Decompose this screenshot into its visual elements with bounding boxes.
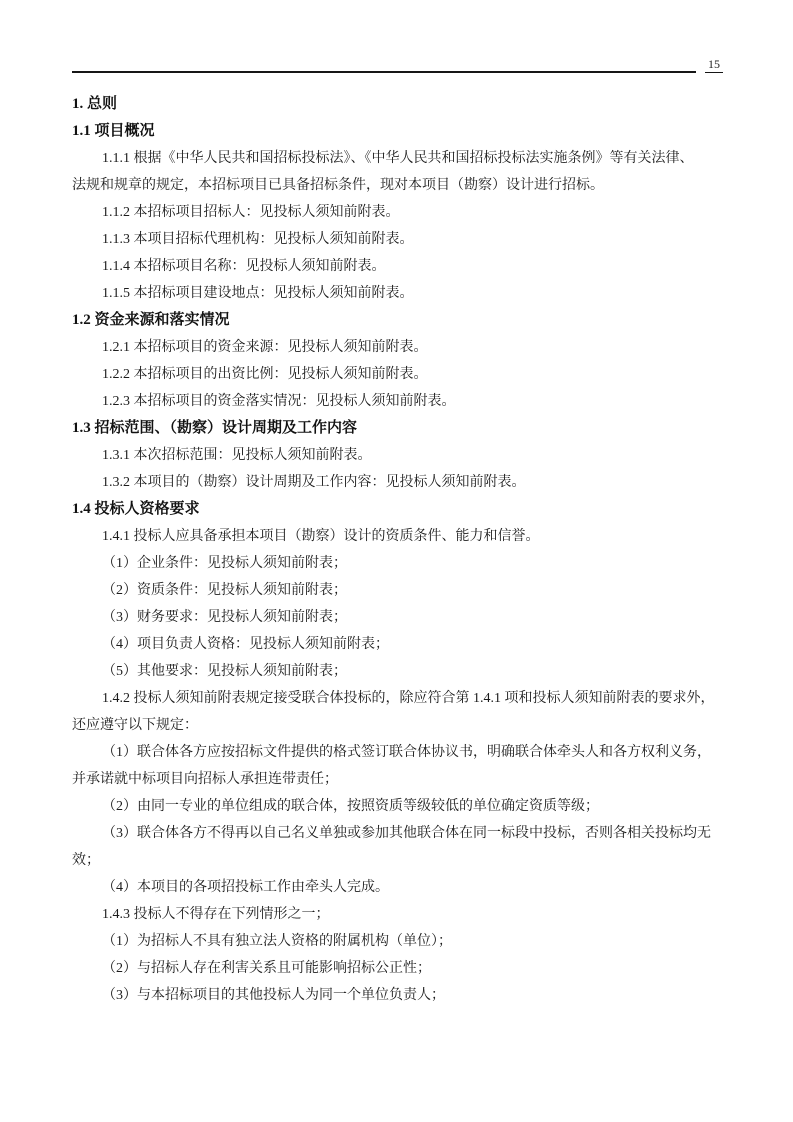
text-line: （4）本项目的各项招投标工作由牵头人完成。 bbox=[72, 874, 723, 901]
text-line: （3）联合体各方不得再以自己名义单独或参加其他联合体在同一标段中投标，否则各相关… bbox=[72, 820, 723, 847]
text-line: 1.1.4 本招标项目名称：见投标人须知前附表。 bbox=[72, 253, 723, 280]
header-rule bbox=[72, 71, 696, 73]
text-line: （1）企业条件：见投标人须知前附表； bbox=[72, 550, 723, 577]
text-line: 1. 总则 bbox=[72, 91, 723, 118]
text-line: （5）其他要求：见投标人须知前附表； bbox=[72, 658, 723, 685]
page-header: 15 bbox=[72, 56, 723, 73]
text-line: 效； bbox=[72, 847, 723, 874]
document-page: 15 1. 总则1.1 项目概况1.1.1 根据《中华人民共和国招标投标法》、《… bbox=[0, 0, 793, 1122]
text-line: 1.4 投标人资格要求 bbox=[72, 496, 723, 523]
text-line: 法规和规章的规定，本招标项目已具备招标条件，现对本项目（勘察）设计进行招标。 bbox=[72, 172, 723, 199]
text-line: （2）资质条件：见投标人须知前附表； bbox=[72, 577, 723, 604]
text-line: （1）联合体各方应按招标文件提供的格式签订联合体协议书，明确联合体牵头人和各方权… bbox=[72, 739, 723, 766]
text-line: （1）为招标人不具有独立法人资格的附属机构（单位）； bbox=[72, 928, 723, 955]
text-line: （3）与本招标项目的其他投标人为同一个单位负责人； bbox=[72, 982, 723, 1009]
text-line: 1.2.2 本招标项目的出资比例：见投标人须知前附表。 bbox=[72, 361, 723, 388]
text-line: 1.2 资金来源和落实情况 bbox=[72, 307, 723, 334]
text-line: 1.4.1 投标人应具备承担本项目（勘察）设计的资质条件、能力和信誉。 bbox=[72, 523, 723, 550]
document-body: 1. 总则1.1 项目概况1.1.1 根据《中华人民共和国招标投标法》、《中华人… bbox=[72, 91, 723, 1009]
text-line: （4）项目负责人资格：见投标人须知前附表； bbox=[72, 631, 723, 658]
text-line: 1.1.2 本招标项目招标人：见投标人须知前附表。 bbox=[72, 199, 723, 226]
text-line: （3）财务要求：见投标人须知前附表； bbox=[72, 604, 723, 631]
text-line: 1.4.3 投标人不得存在下列情形之一； bbox=[72, 901, 723, 928]
text-line: 1.1.5 本招标项目建设地点：见投标人须知前附表。 bbox=[72, 280, 723, 307]
text-line: 1.3.2 本项目的（勘察）设计周期及工作内容：见投标人须知前附表。 bbox=[72, 469, 723, 496]
text-line: 1.3.1 本次招标范围：见投标人须知前附表。 bbox=[72, 442, 723, 469]
text-line: 1.4.2 投标人须知前附表规定接受联合体投标的，除应符合第 1.4.1 项和投… bbox=[72, 685, 723, 712]
text-line: 1.2.1 本招标项目的资金来源：见投标人须知前附表。 bbox=[72, 334, 723, 361]
text-line: （2）与招标人存在利害关系且可能影响招标公正性； bbox=[72, 955, 723, 982]
text-line: 1.2.3 本招标项目的资金落实情况：见投标人须知前附表。 bbox=[72, 388, 723, 415]
text-line: （2）由同一专业的单位组成的联合体，按照资质等级较低的单位确定资质等级； bbox=[72, 793, 723, 820]
text-line: 1.1.3 本项目招标代理机构：见投标人须知前附表。 bbox=[72, 226, 723, 253]
page-number: 15 bbox=[705, 57, 723, 73]
text-line: 1.1.1 根据《中华人民共和国招标投标法》、《中华人民共和国招标投标法实施条例… bbox=[72, 145, 723, 172]
text-line: 1.3 招标范围、（勘察）设计周期及工作内容 bbox=[72, 415, 723, 442]
text-line: 1.1 项目概况 bbox=[72, 118, 723, 145]
text-line: 并承诺就中标项目向招标人承担连带责任； bbox=[72, 766, 723, 793]
text-line: 还应遵守以下规定： bbox=[72, 712, 723, 739]
